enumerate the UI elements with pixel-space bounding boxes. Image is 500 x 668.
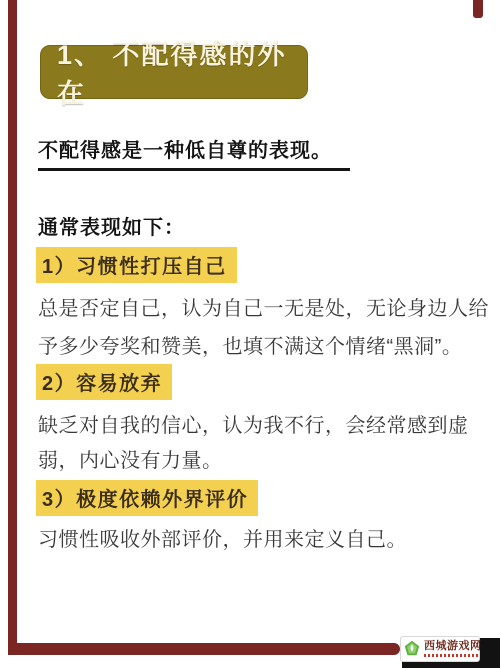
section-title: 1、 不配得感的外在 [57, 33, 307, 111]
infographic-page: 1、 不配得感的外在 不配得感是一种低自尊的表现。 通常表现如下： 1）习惯性打… [0, 0, 500, 668]
frame-bottom-bar [8, 643, 400, 655]
item-3-title: 3）极度依赖外界评价 [36, 480, 258, 516]
item-1-body-line-2: 予多少夸奖和赞美，也填不满这个情绪“黑洞”。 [38, 330, 462, 359]
item-1-title: 1）习惯性打压自己 [36, 247, 237, 283]
watermark-subtext-strip [424, 654, 480, 657]
subtitle-underlined: 不配得感是一种低自尊的表现。 [38, 134, 350, 171]
frame-left-bar [8, 0, 17, 655]
list-intro-label: 通常表现如下： [38, 211, 185, 240]
watermark-logo-icon [403, 640, 421, 658]
item-2-title: 2）容易放弃 [36, 364, 172, 400]
section-title-box: 1、 不配得感的外在 [40, 45, 308, 99]
item-1-body-line-1: 总是否定自己，认为自己一无是处，无论身边人给 [38, 292, 489, 321]
item-2-body-line-1: 缺乏对自我的信心，认为我不行，会经常感到虚 [38, 409, 469, 438]
watermark-text-group: 西城游戏网 [424, 641, 482, 657]
item-2-body-line-2: 弱，内心没有力量。 [38, 444, 223, 473]
frame-top-right-stub [473, 0, 483, 18]
item-3-body-line-1: 习惯性吸收外部评价，并用来定义自己。 [38, 523, 407, 552]
watermark-badge: 西城游戏网 [400, 636, 480, 662]
watermark-site-name: 西城游戏网 [424, 641, 482, 652]
